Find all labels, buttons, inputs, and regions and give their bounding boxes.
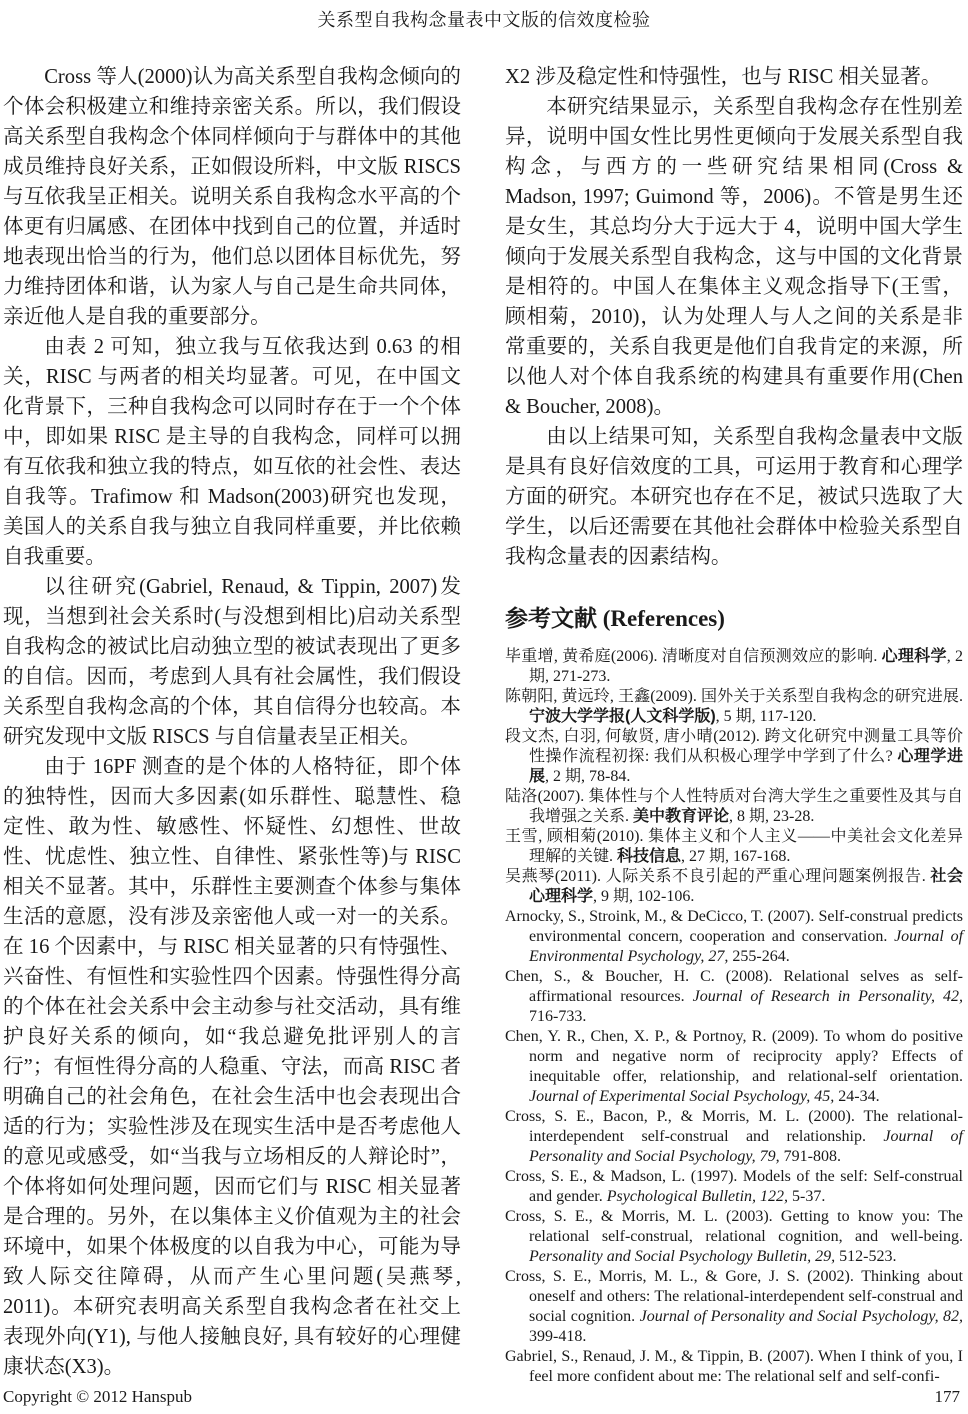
body-paragraph: 以往研究(Gabriel, Renaud, & Tippin, 2007)发现，… xyxy=(3,572,461,752)
reference-text: , 8 期, 23-28. xyxy=(729,808,814,825)
reference-text: 毕重增, 黄希庭(2006). 清晰度对自信预测效应的影响. xyxy=(505,648,882,665)
page-header-title: 关系型自我构念量表中文版的信效度检验 xyxy=(0,7,968,33)
reference-text: 吴燕琴(2011). 人际关系不良引起的严重心理问题案例报告. xyxy=(505,868,930,885)
journal-name-zh: 心理科学 xyxy=(882,648,947,665)
body-paragraph: 本研究结果显示，关系型自我构念存在性别差异，说明中国女性比男性更倾向于发展关系型… xyxy=(505,92,963,422)
reference-text: 716-733. xyxy=(529,1008,586,1025)
journal-name-zh: 美中教育评论 xyxy=(633,808,729,825)
copyright-text: Copyright © 2012 Hanspub xyxy=(3,1386,192,1408)
references-heading: 参考文献 (References) xyxy=(505,603,963,634)
reference-text: 陈朝阳, 黄远玲, 王鑫(2009). 国外关于关系型自我构念的研究进展. xyxy=(505,688,963,705)
reference-text: 24-34. xyxy=(834,1088,879,1105)
references-list: 毕重增, 黄希庭(2006). 清晰度对自信预测效应的影响. 心理科学, 2 期… xyxy=(505,647,963,1387)
reference-item: Arnocky, S., Stroink, M., & DeCicco, T. … xyxy=(505,907,963,967)
reference-text: Cross, S. E., & Morris, M. L. (2003). Ge… xyxy=(505,1208,963,1245)
reference-item: Cross, S. E., & Madson, L. (1997). Model… xyxy=(505,1167,963,1207)
references-heading-en: (References) xyxy=(597,606,725,631)
reference-item: 吴燕琴(2011). 人际关系不良引起的严重心理问题案例报告. 社会心理科学, … xyxy=(505,867,963,907)
reference-text: , 9 期, 102-106. xyxy=(593,888,694,905)
reference-text: 399-418. xyxy=(529,1328,586,1345)
reference-item: 陈朝阳, 黄远玲, 王鑫(2009). 国外关于关系型自我构念的研究进展. 宁波… xyxy=(505,687,963,727)
two-column-body: Cross 等人(2000)认为高关系型自我构念倾向的个体会积极建立和维持亲密关… xyxy=(3,62,963,1387)
reference-item: 陆洛(2007). 集体性与个人性特质对台湾大学生之重要性及其与自我增强之关系.… xyxy=(505,787,963,827)
reference-text: , 2 期, 78-84. xyxy=(545,768,630,785)
reference-item: 段文杰, 白羽, 何敏贤, 唐小晴(2012). 跨文化研究中测量工具等价性操作… xyxy=(505,727,963,787)
reference-text: Chen, Y. R., Chen, X. P., & Portnoy, R. … xyxy=(505,1028,963,1085)
reference-text: , 5 期, 117-120. xyxy=(716,708,817,725)
body-paragraph: X2 涉及稳定性和恃强性，也与 RISC 相关显著。 xyxy=(505,62,963,92)
reference-text: 255-264. xyxy=(728,948,789,965)
reference-text: , 27 期, 167-168. xyxy=(681,848,790,865)
journal-name-en: Psychological Bulletin, 122, xyxy=(607,1188,788,1205)
left-column: Cross 等人(2000)认为高关系型自我构念倾向的个体会积极建立和维持亲密关… xyxy=(3,62,461,1387)
journal-name-zh: 宁波大学学报(人文科学版) xyxy=(529,708,716,725)
body-paragraph: 由表 2 可知，独立我与互依我达到 0.63 的相关，RISC 与两者的相关均显… xyxy=(3,332,461,572)
reference-text: 791-808. xyxy=(780,1148,841,1165)
right-column: X2 涉及稳定性和恃强性，也与 RISC 相关显著。本研究结果显示，关系型自我构… xyxy=(505,62,963,1387)
reference-item: Gabriel, S., Renaud, J. M., & Tippin, B.… xyxy=(505,1347,963,1387)
journal-name-en: Personality and Social Psychology Bullet… xyxy=(529,1248,835,1265)
journal-name-en: Journal of Research in Personality, 42, xyxy=(693,988,963,1005)
reference-item: 王雪, 顾相菊(2010). 集体主义和个人主义——中美社会文化差异理解的关键.… xyxy=(505,827,963,867)
reference-text: 512-523. xyxy=(835,1248,896,1265)
body-paragraph: Cross 等人(2000)认为高关系型自我构念倾向的个体会积极建立和维持亲密关… xyxy=(3,62,461,332)
reference-text: 5-37. xyxy=(788,1188,825,1205)
left-column-paragraphs: Cross 等人(2000)认为高关系型自我构念倾向的个体会积极建立和维持亲密关… xyxy=(3,62,461,1382)
reference-item: Chen, S., & Boucher, H. C. (2008). Relat… xyxy=(505,967,963,1027)
reference-item: 毕重增, 黄希庭(2006). 清晰度对自信预测效应的影响. 心理科学, 2 期… xyxy=(505,647,963,687)
body-paragraph: 由于 16PF 测查的是个体的人格特征，即个体的独特性，因而大多因素(如乐群性、… xyxy=(3,752,461,1382)
reference-item: Cross, S. E., Bacon, P., & Morris, M. L.… xyxy=(505,1107,963,1167)
journal-name-en: Journal of Experimental Social Psycholog… xyxy=(529,1088,834,1105)
right-column-paragraphs: X2 涉及稳定性和恃强性，也与 RISC 相关显著。本研究结果显示，关系型自我构… xyxy=(505,62,963,572)
reference-text: 段文杰, 白羽, 何敏贤, 唐小晴(2012). 跨文化研究中测量工具等价性操作… xyxy=(505,728,963,765)
reference-text: Gabriel, S., Renaud, J. M., & Tippin, B.… xyxy=(505,1348,963,1385)
reference-item: Cross, S. E., Morris, M. L., & Gore, J. … xyxy=(505,1267,963,1347)
body-paragraph: 由以上结果可知，关系型自我构念量表中文版是具有良好信效度的工具，可运用于教育和心… xyxy=(505,422,963,572)
paper-page: 关系型自我构念量表中文版的信效度检验 Cross 等人(2000)认为高关系型自… xyxy=(0,0,968,1414)
reference-item: Chen, Y. R., Chen, X. P., & Portnoy, R. … xyxy=(505,1027,963,1107)
reference-item: Cross, S. E., & Morris, M. L. (2003). Ge… xyxy=(505,1207,963,1267)
page-footer: Copyright © 2012 Hanspub 177 xyxy=(3,1386,960,1408)
page-number: 177 xyxy=(935,1386,961,1408)
references-heading-zh: 参考文献 xyxy=(505,605,597,631)
journal-name-zh: 科技信息 xyxy=(617,848,681,865)
journal-name-en: Journal of Personality and Social Psycho… xyxy=(640,1308,963,1325)
